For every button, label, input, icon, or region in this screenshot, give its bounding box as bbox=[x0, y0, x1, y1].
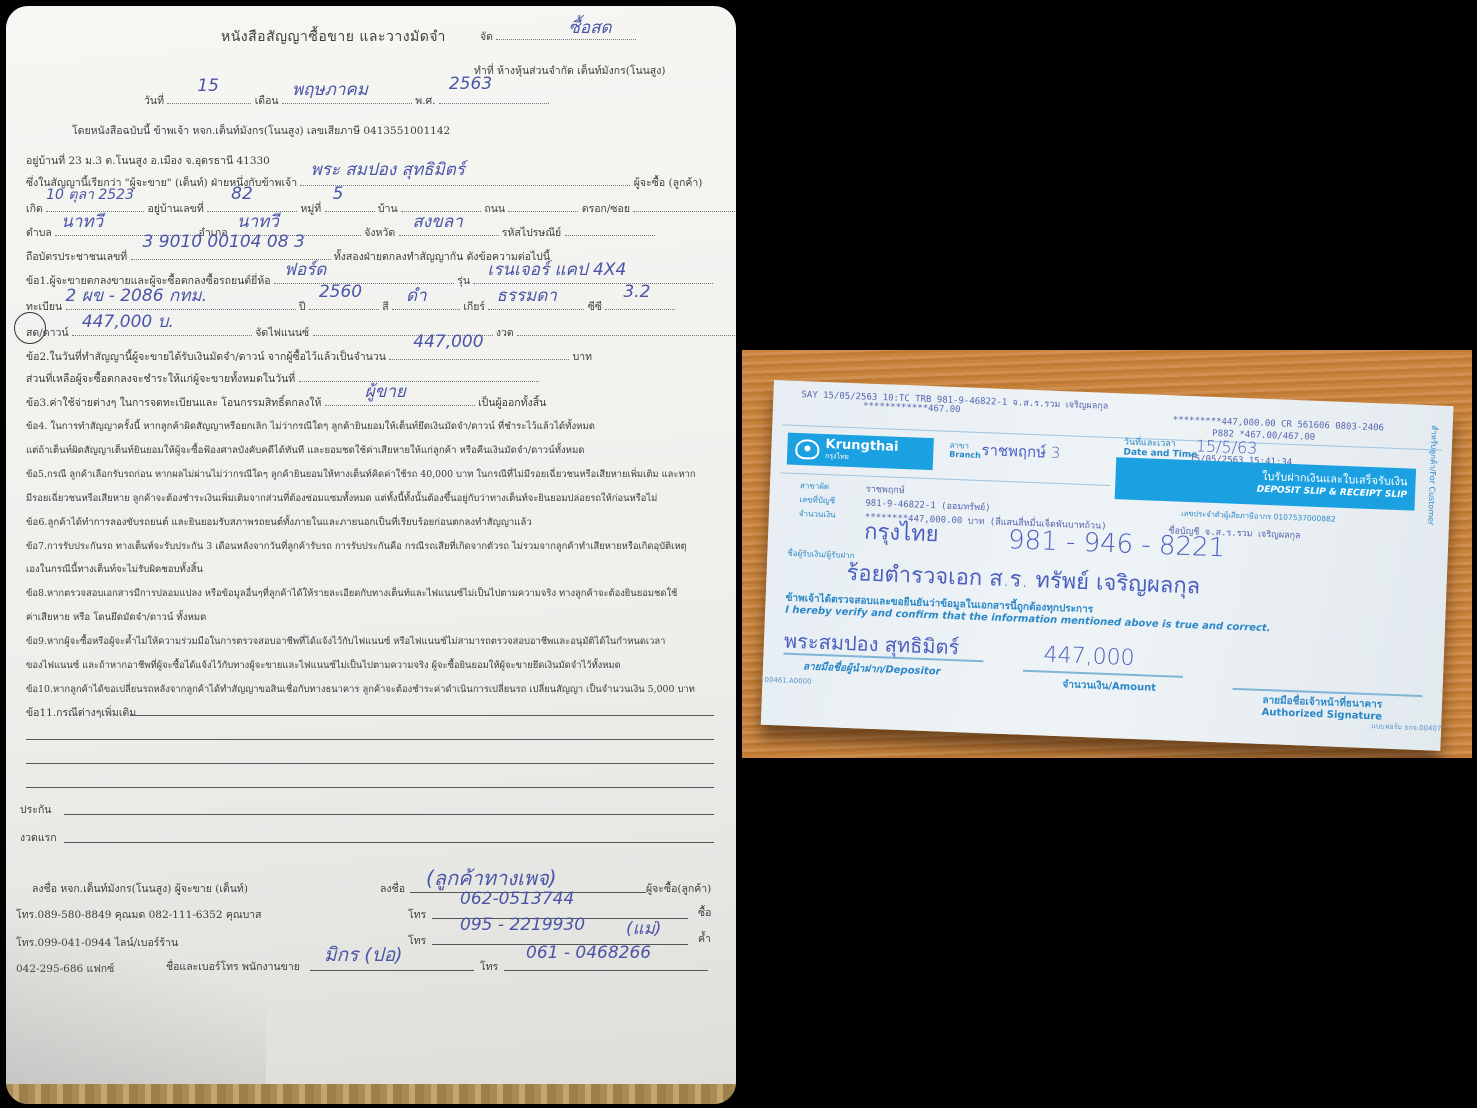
clause-line: ค่าเสียหาย หรือ โดนยึดมัดจำ/ดาวน์ ทั้งหม… bbox=[26, 610, 206, 625]
handwritten-bank: กรุงไทย bbox=[864, 514, 940, 552]
branch-label-en: Branch bbox=[949, 450, 981, 460]
insurance-line bbox=[64, 814, 714, 815]
intro-text: โดยหนังสือฉบับนี้ ข้าพเจ้า หจก.เต็นท์มัง… bbox=[72, 122, 450, 139]
village-label: บ้าน bbox=[378, 203, 398, 215]
depositor-label: ลายมือชื่อผู้นำฝาก/Depositor bbox=[803, 659, 941, 679]
row-value: ราชพฤกษ์ bbox=[866, 482, 905, 497]
car-brand: ฟอร์ด bbox=[284, 256, 326, 283]
buyer-sign-suffix: ผู้จะซื้อ(ลูกค้า) bbox=[646, 880, 711, 897]
row-label: สาขาผัด bbox=[800, 479, 830, 493]
province-label: จังหวัด bbox=[364, 227, 395, 239]
clause-line: ข้อ6.ลูกค้าได้ทำการลองขับรถยนต์ และยินยอ… bbox=[26, 515, 532, 530]
gear-value: ธรรมดา bbox=[496, 282, 556, 309]
postcode-label: รหัสไปรษณีย์ bbox=[502, 227, 561, 239]
deposit-slip-photo: SAY 15/05/2563 10:TC TRB 981-9-46822-1 จ… bbox=[742, 350, 1472, 758]
seller-signature: ลงชื่อ หจก.เต็นท์มังกร(โนนสูง) ผู้จะขาย … bbox=[32, 880, 248, 897]
wood-table-edge bbox=[6, 1084, 736, 1104]
buyer-phone: 062-0513744 bbox=[460, 889, 574, 909]
authorized-sign-line bbox=[1232, 688, 1422, 697]
house-no-value: 82 bbox=[231, 184, 253, 204]
contract-title: หนังสือสัญญาซื้อขาย และวางมัดจำ bbox=[221, 26, 446, 48]
province-value: สงขลา bbox=[413, 208, 463, 235]
birth-value: 10 ตุลา 2523 bbox=[46, 184, 134, 206]
year-value: 2563 bbox=[449, 74, 492, 94]
row-label: จำนวนเงิน bbox=[799, 507, 836, 521]
remaining-label: ส่วนที่เหลือผู้จะซื้อตกลงจะชำระให้แก่ผู้… bbox=[26, 373, 295, 385]
district-value: นาทวี bbox=[237, 208, 279, 235]
guarantor-suffix: ค้ำ bbox=[698, 930, 711, 947]
cc-label: ซีซี bbox=[588, 301, 602, 313]
blank-line bbox=[130, 715, 714, 716]
deposit-amount: 447,000 bbox=[413, 332, 483, 352]
month-value: พฤษภาคม bbox=[292, 76, 368, 103]
clause3-suffix: เป็นผู้ออกทั้งสิ้น bbox=[478, 397, 546, 409]
contract-type-label: จัด bbox=[480, 31, 493, 43]
branch-value: ราชพฤกษ์ 3 bbox=[981, 438, 1061, 465]
clause2-unit: บาท bbox=[573, 351, 592, 363]
form-code-left: 00461.A0000 bbox=[764, 676, 811, 686]
birth-label: เกิด bbox=[26, 203, 43, 215]
blank-line bbox=[26, 787, 714, 788]
guarantor-phone: 095 - 2219930 bbox=[460, 915, 585, 935]
blank-line bbox=[26, 763, 714, 764]
day-value: 15 bbox=[197, 76, 219, 96]
salesperson-phone-label: โทร bbox=[480, 958, 498, 975]
id-number: 3 9010 00104 08 3 bbox=[143, 232, 305, 252]
made-at-label: ทำที่ ห้างหุ้นส่วนจำกัด เต็นท์มังกร(โนนส… bbox=[474, 62, 665, 79]
amount-handwritten: 447,000 bbox=[1043, 643, 1135, 671]
form-code-right: แบบฟอร์ม ธกจ.00407 bbox=[1371, 721, 1442, 735]
gear-label: เกียร์ bbox=[463, 301, 485, 313]
clause-line: เองในกรณีนี้ทางเต็นท์จะไม่รับผิดชอบทั้งส… bbox=[26, 562, 203, 577]
first-installment-line bbox=[64, 842, 714, 843]
contact-line: 042-295-686 แฟกซ์ bbox=[16, 960, 114, 977]
salesperson-phone: 061 - 0468266 bbox=[526, 943, 651, 963]
salesperson-label: ชื่อและเบอร์โทร พนักงานขาย bbox=[166, 958, 300, 975]
moo-value: 5 bbox=[333, 184, 344, 204]
year-label: พ.ศ. bbox=[415, 95, 435, 107]
installment-label: งวด bbox=[496, 327, 514, 339]
contact-line: โทร.099-041-0944 ไลน์/เบอร์ร้าน bbox=[16, 934, 178, 951]
moo-label: หมู่ที่ bbox=[300, 203, 321, 215]
guarantor-note: (แม่) bbox=[626, 915, 661, 942]
finance-label: จัดไฟแนนซ์ bbox=[255, 327, 309, 339]
buyer-name: พระ สมปอง สุทธิมิตร์ bbox=[310, 156, 465, 183]
house-no-label: อยู่บ้านเลขที่ bbox=[147, 203, 203, 215]
clause11-label: ข้อ11.กรณีต่างๆเพิ่มเติม bbox=[26, 704, 136, 721]
contract-type-value: ซื้อสด bbox=[568, 14, 611, 41]
row-label: เลขที่บัญชี bbox=[799, 493, 835, 507]
clause3-label: ข้อ3.ค่าใช้จ่ายต่างๆ ในการจดทะเบียนและ โ… bbox=[26, 397, 321, 409]
insurance-label: ประกัน bbox=[20, 801, 51, 818]
subdistrict-label: ตำบล bbox=[26, 227, 52, 239]
krungthai-deposit-slip: SAY 15/05/2563 10:TC TRB 981-9-46822-1 จ… bbox=[761, 380, 1454, 751]
subdistrict-value: นาทวี bbox=[61, 208, 103, 235]
clause-line: ข้อ10.หากลูกค้าได้ขอเปลี่ยนรถหลังจากลูกค… bbox=[26, 682, 695, 697]
buyer-suffix: ผู้จะซื้อ (ลูกค้า) bbox=[634, 177, 703, 189]
road-label: ถนน bbox=[484, 203, 505, 215]
clause-line: ข้อ8.หากตรวจสอบเอกสารมีการปลอมแปลง หรือข… bbox=[26, 586, 677, 601]
salesperson-line bbox=[310, 970, 474, 971]
guarantor-phone-label: โทร bbox=[408, 932, 426, 949]
car-year-value: 2560 bbox=[319, 282, 362, 302]
clause-line: มีรอยเฉี่ยวชนหรือเสียหาย ลูกค้าจะต้องชำร… bbox=[26, 491, 657, 506]
amount-line bbox=[1023, 670, 1183, 678]
month-label: เดือน bbox=[255, 95, 279, 107]
price-label: สด/ดาวน์ bbox=[26, 327, 69, 339]
clause2-label: ข้อ2.ในวันที่ทำสัญญานี้ผู้จะขายได้รับเงิ… bbox=[26, 351, 386, 363]
buyer-phone-label: โทร bbox=[408, 906, 426, 923]
buyer-phone-suffix: ซื้อ bbox=[698, 904, 711, 921]
car-model: เรนเจอร์ แคป 4X4 bbox=[487, 256, 626, 283]
clause-line: ของไฟแนนซ์ และถ้าหากอาชีพที่ผู้จะซื้อได้… bbox=[26, 658, 621, 673]
soi-label: ตรอก/ซอย bbox=[582, 203, 630, 215]
payee-label: ชื่อผู้รับเงิน/ผู้รับฝาก bbox=[787, 547, 855, 563]
clause3-value: ผู้ขาย bbox=[365, 378, 406, 405]
divider bbox=[780, 472, 1110, 486]
blank-line bbox=[26, 739, 714, 740]
buyer-sign-label: ลงชื่อ bbox=[380, 880, 405, 897]
car-year-label: ปี bbox=[299, 301, 306, 313]
clause-line: แต่ถ้าเต็นท์ผิดสัญญาเต็นท์ยินยอมให้ผู้จะ… bbox=[26, 443, 585, 458]
plate-value: 2 ผข - 2086 กทม. bbox=[66, 282, 208, 309]
clause-line: ข้อ4. ในการทำสัญญาครั้งนี้ หากลูกค้าผิดส… bbox=[26, 419, 595, 434]
salesperson-phone-line bbox=[504, 970, 708, 971]
salesperson-name: มิกร (ปอ) bbox=[324, 940, 403, 970]
color-value: ดำ bbox=[406, 282, 427, 309]
first-installment-label: งวดแรก bbox=[20, 829, 57, 846]
krungthai-bird-logo-icon bbox=[795, 439, 820, 460]
amount-label: จำนวนเงิน/Amount bbox=[1062, 677, 1156, 696]
day-label: วันที่ bbox=[144, 95, 164, 107]
for-customer-side-label: สำหรับลูกค้า/For Customer bbox=[1424, 425, 1441, 526]
contract-photo: หนังสือสัญญาซื้อขาย และวางมัดจำ จัด ซื้อ… bbox=[6, 6, 736, 1104]
clause-line: ข้อ9.หากผู้จะซื้อหรือผู้จะค้ำไม่ให้ความร… bbox=[26, 634, 665, 649]
slip-title-banner: ใบรับฝากเงินและใบเสร็จรับเงิน DEPOSIT SL… bbox=[1115, 457, 1416, 510]
krungthai-brand: Krungthai กรุงไทย bbox=[787, 433, 934, 471]
color-label: สี bbox=[382, 301, 388, 313]
sale-contract-document: หนังสือสัญญาซื้อขาย และวางมัดจำ จัด ซื้อ… bbox=[6, 6, 736, 1104]
tax-id-line: เลขประจำตัวผู้เสียภาษีอากร 0107537000882 bbox=[1181, 508, 1336, 526]
car-model-label: รุ่น bbox=[457, 275, 470, 287]
contact-line: โทร.089-580-8849 คุณมด 082-111-6352 คุณบ… bbox=[16, 906, 262, 923]
price-value: 447,000 บ. bbox=[82, 308, 174, 335]
clause-line: ข้อ7.การรับประกันรถ ทางเต็นท์จะรับประกัน… bbox=[26, 539, 687, 554]
clause-line: ข้อ5.กรณี ลูกค้าเลือกรับรถก่อน หากผลไม่ผ… bbox=[26, 467, 696, 482]
cc-value: 3.2 bbox=[623, 282, 650, 302]
id-label: ถือบัตรประชาชนเลขที่ bbox=[26, 251, 127, 263]
seller-address: อยู่บ้านที่ 23 ม.3 ต.โนนสูง อ.เมือง จ.อุ… bbox=[26, 152, 270, 169]
